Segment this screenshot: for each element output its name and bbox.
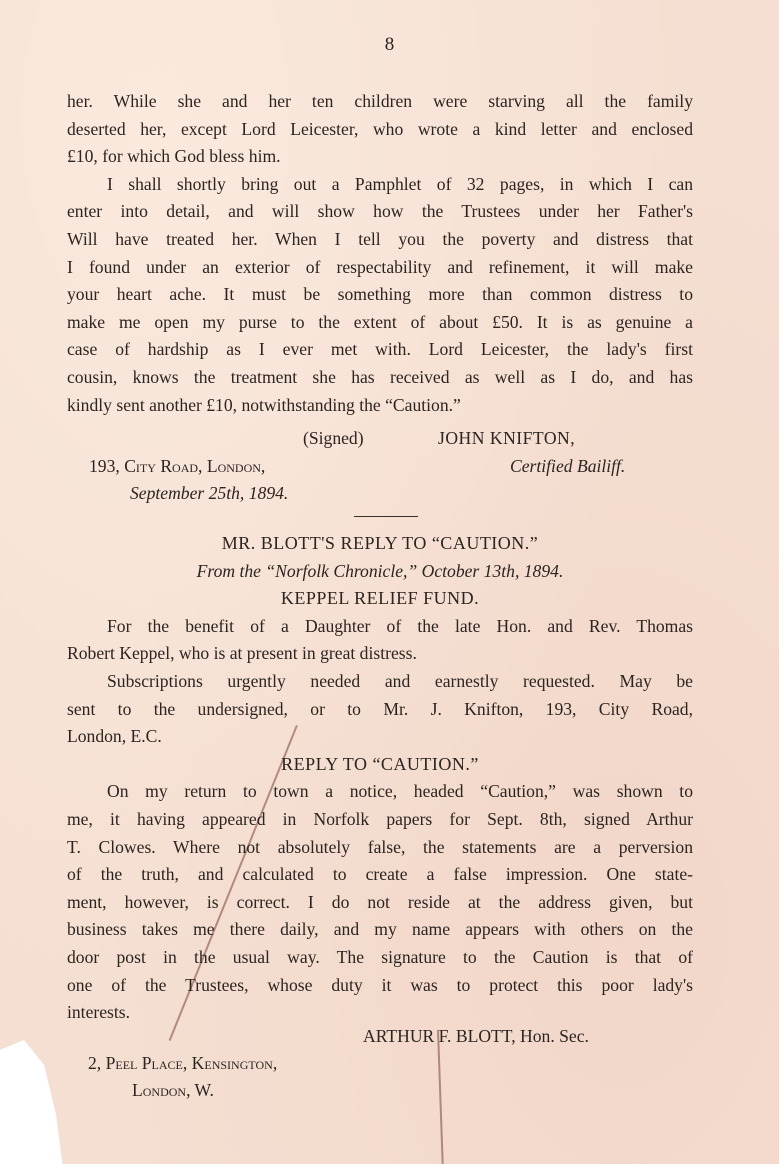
text-line: case of hardship as I ever met with. Lor… xyxy=(67,336,693,364)
source-citation: From the “Norfolk Chronicle,” October 13… xyxy=(67,558,693,586)
text-line: ment, however, is correct. I do not resi… xyxy=(67,889,693,917)
text-line: make me open my purse to the extent of a… xyxy=(67,309,693,337)
secretary-signature: ARTHUR F. BLOTT, Hon. Sec. xyxy=(363,1026,589,1047)
text-line: I shall shortly bring out a Pamphlet of … xyxy=(67,171,693,199)
text-line: sent to the undersigned, or to Mr. J. Kn… xyxy=(67,696,693,724)
secretary-address-line2: London, W. xyxy=(132,1080,214,1101)
section-blott-reply: MR. BLOTT'S REPLY TO “CAUTION.” From the… xyxy=(67,530,693,1027)
text-line: Subscriptions urgently needed and earnes… xyxy=(67,668,693,696)
signatory-name: JOHN KNIFTON, xyxy=(438,428,575,449)
text-line: one of the Trustees, whose duty it was t… xyxy=(67,972,693,1000)
reply-heading: REPLY TO “CAUTION.” xyxy=(67,751,693,779)
text-line: T. Clowes. Where not absolutely false, t… xyxy=(67,834,693,862)
text-line: kindly sent another £10, notwithstanding… xyxy=(67,392,693,420)
fund-heading: KEPPEL RELIEF FUND. xyxy=(67,585,693,613)
text-line: For the benefit of a Daughter of the lat… xyxy=(67,613,693,641)
text-line: I found under an exterior of respectabil… xyxy=(67,254,693,282)
section-divider xyxy=(354,516,418,517)
text-line: your heart ache. It must be something mo… xyxy=(67,281,693,309)
text-line: me, it having appeared in Norfolk papers… xyxy=(67,806,693,834)
signed-label: (Signed) xyxy=(303,428,364,449)
signatory-title: Certified Bailiff. xyxy=(510,456,625,477)
signature-date: September 25th, 1894. xyxy=(130,483,288,504)
text-line: deserted her, except Lord Leicester, who… xyxy=(67,116,693,144)
text-line: cousin, knows the treatment she has rece… xyxy=(67,364,693,392)
section-heading: MR. BLOTT'S REPLY TO “CAUTION.” xyxy=(67,530,693,558)
text-line: door post in the usual way. The signatur… xyxy=(67,944,693,972)
signatory-address: 193, City Road, London, xyxy=(89,456,265,477)
page-number: 8 xyxy=(0,34,779,56)
text-line: interests. xyxy=(67,999,693,1027)
text-line: enter into detail, and will show how the… xyxy=(67,198,693,226)
text-line: Robert Keppel, who is at present in grea… xyxy=(67,640,693,668)
text-line: £10, for which God bless him. xyxy=(67,143,693,171)
text-line: her. While she and her ten children were… xyxy=(67,88,693,116)
text-line: of the truth, and calculated to create a… xyxy=(67,861,693,889)
section-knifton-letter: her. While she and her ten children were… xyxy=(67,88,693,419)
text-line: Will have treated her. When I tell you t… xyxy=(67,226,693,254)
text-line: On my return to town a notice, headed “C… xyxy=(67,778,693,806)
text-line: London, E.C. xyxy=(67,723,693,751)
secretary-address-line1: 2, Peel Place, Kensington, xyxy=(88,1053,277,1074)
text-line: business takes me there daily, and my na… xyxy=(67,916,693,944)
